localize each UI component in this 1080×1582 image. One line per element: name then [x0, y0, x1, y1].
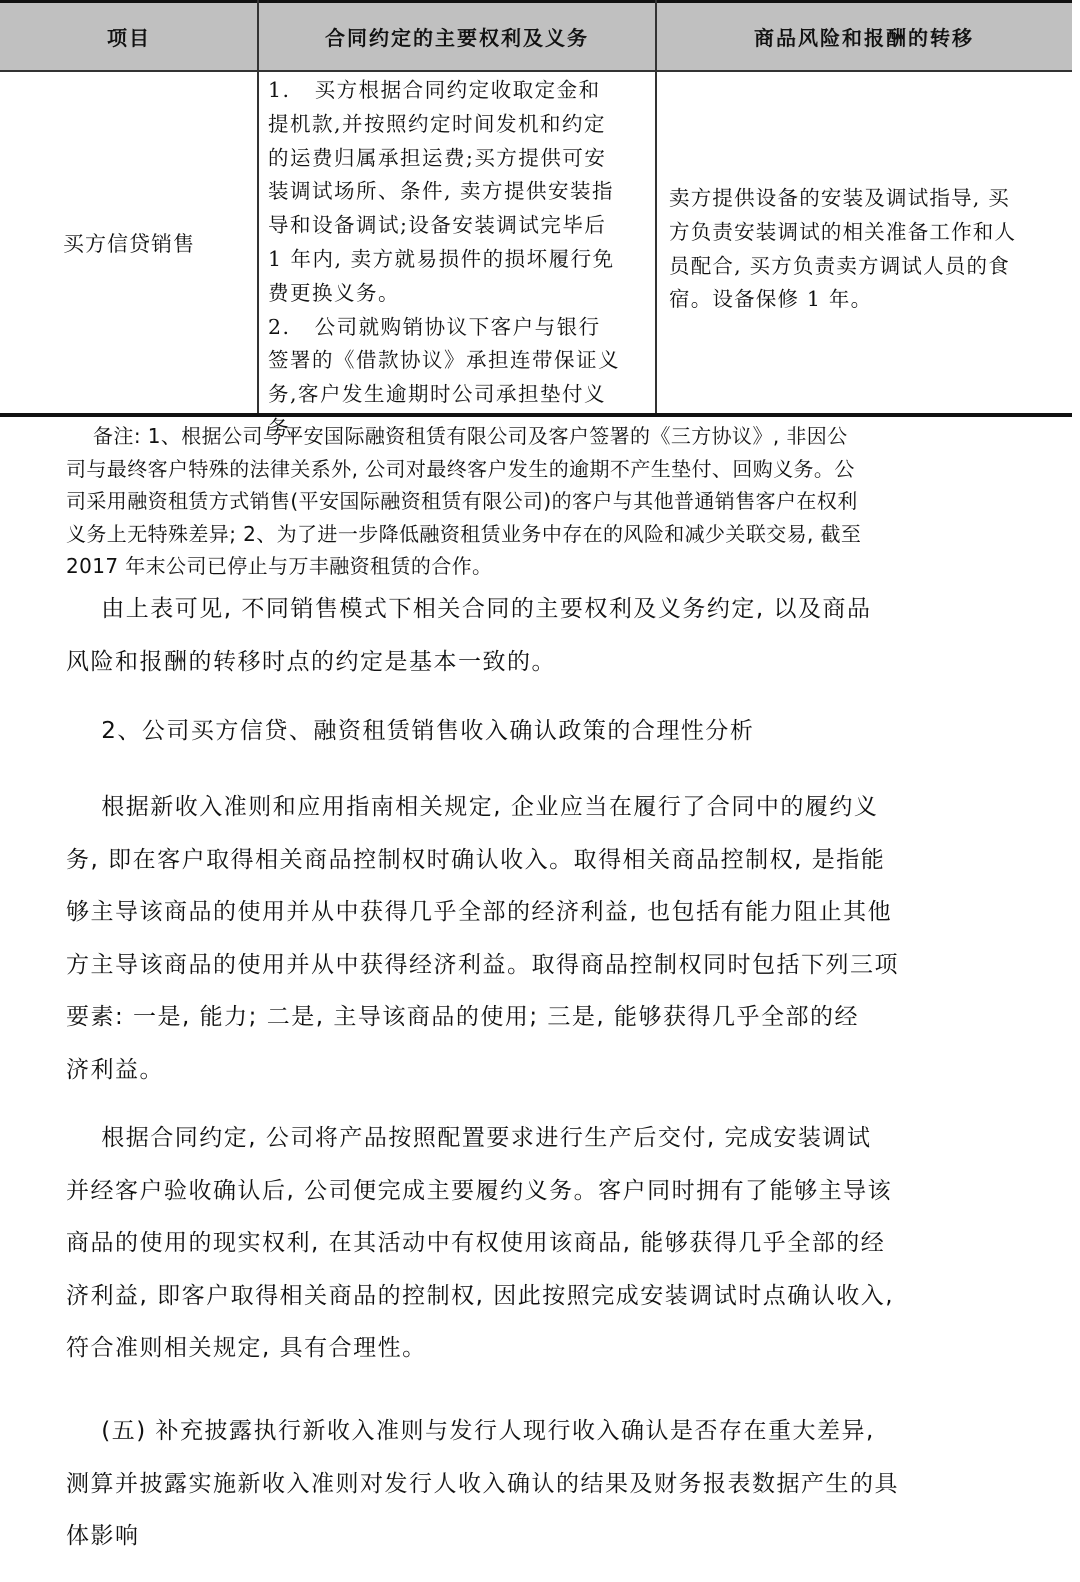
table-note: 备注: 1、根据公司与平安国际融资租赁有限公司及客户签署的《三方协议》, 非因公…	[66, 420, 1016, 583]
header-item: 项目	[0, 3, 258, 70]
cell-risk-transfer: 卖方提供设备的安装及调试指导, 买 方负责安装调试的相关准备工作和人 员配合, …	[669, 182, 1069, 317]
header-rights-obligations: 合同约定的主要权利及义务	[258, 3, 656, 70]
cell-rights-obligations: 1. 买方根据合同约定收取定金和 提机款,并按照约定时间发机和约定 的运费归属承…	[268, 74, 650, 446]
paragraph-standard: 根据新收入准则和应用指南相关规定, 企业应当在履行了合同中的履约义 务, 即在客…	[66, 781, 1026, 1096]
table-header-row: 项目 合同约定的主要权利及义务 商品风险和报酬的转移	[0, 0, 1072, 72]
section-heading-five: (五) 补充披露执行新收入准则与发行人现行收入确认是否存在重大差异, 测算并披露…	[66, 1405, 1026, 1563]
paragraph-contract: 根据合同约定, 公司将产品按照配置要求进行生产后交付, 完成安装调试 并经客户验…	[66, 1112, 1026, 1375]
section-heading: 2、公司买方信贷、融资租赁销售收入确认政策的合理性分析	[66, 705, 1026, 758]
table-row: 买方信贷销售 1. 买方根据合同约定收取定金和 提机款,并按照约定时间发机和约定…	[0, 72, 1072, 417]
cell-item: 买方信贷销售	[0, 72, 258, 413]
header-risk-transfer: 商品风险和报酬的转移	[656, 3, 1072, 70]
paragraph-summary: 由上表可见, 不同销售模式下相关合同的主要权利及义务约定, 以及商品 风险和报酬…	[66, 583, 1026, 688]
